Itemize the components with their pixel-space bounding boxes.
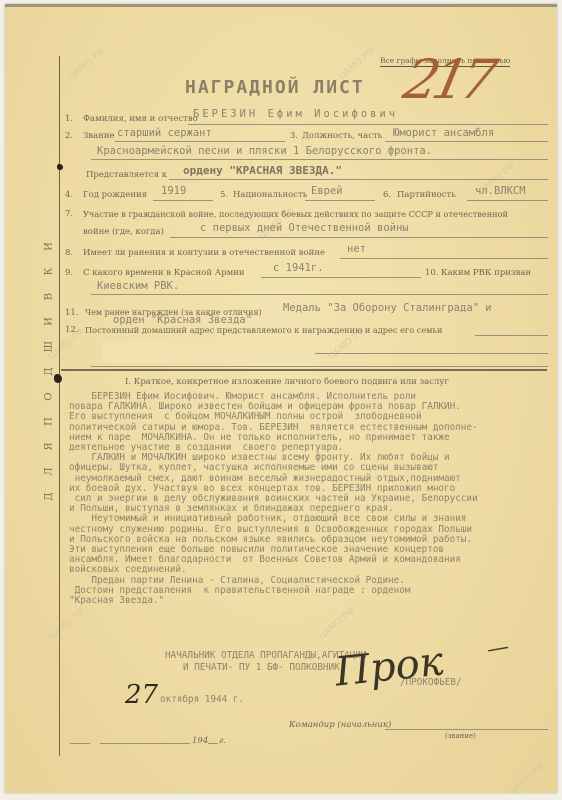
award-sheet-page: ЦАМО РФ ЦАМО РФ ЦАМО РФ ЦАМО РФ ЦАМО РФ … (5, 4, 557, 793)
date-rest: октября 1944 г. (160, 694, 244, 705)
field-6-num: 6. (383, 190, 391, 200)
margin-line (59, 56, 60, 756)
field-1-num: 1. (65, 114, 73, 124)
handwritten-number: 217 (398, 48, 496, 111)
field-3-value: Юморист ансамбля (393, 127, 494, 139)
field-12-label: Постоянный домашний адрес представляемог… (85, 325, 442, 335)
field-7-value: с первых дней Отечественной войны (200, 222, 409, 234)
signer-title-2: И ПЕЧАТИ- ПУ 1 БФ- ПОЛКОВНИК (183, 662, 340, 673)
field-6-value: чл.ВЛКСМ (475, 185, 526, 197)
field-3-label: Должность, часть (302, 131, 382, 141)
field-5-num: 5. (220, 190, 228, 200)
field-2-value: старший сержант (117, 127, 212, 139)
commander-label: Командир (начальник) (289, 720, 391, 730)
presented-value: ордену "КРАСНАЯ ЗВЕЗДА." (183, 164, 342, 177)
field-4-label: Год рождения (83, 190, 147, 200)
field-3-num: 3. (290, 131, 298, 141)
ink-blot (54, 374, 62, 383)
section-heading: I. Краткое, конкретное изложение личного… (125, 377, 449, 387)
footer-year-suffix: г. (219, 736, 226, 746)
merit-description: БЕРЕЗИН Ефим Иосифович. Юморист ансамбля… (69, 392, 549, 606)
field-2-num: 2. (65, 131, 73, 141)
section-divider (61, 369, 547, 371)
field-4-value: 1919 (161, 185, 186, 197)
date-day: 27 (125, 680, 158, 710)
rank-caption: (звание) (445, 732, 476, 740)
field-3-value-cont: Красноармейской песни и пляски 1 Белорус… (97, 145, 432, 157)
field-7-label: Участие в гражданской войне, последующих… (83, 209, 508, 219)
field-9-label: С какого времени в Красной Армии (83, 268, 245, 278)
field-9-value: с 1941г. (273, 262, 324, 274)
watermark: ЦАМО РФ (67, 46, 107, 82)
signature-dash: — (485, 634, 511, 662)
ink-blot (57, 164, 63, 170)
field-8-num: 8. (65, 248, 73, 258)
field-9-num: 9. (65, 268, 73, 278)
watermark: ЦАМО РФ (317, 606, 357, 642)
field-1-label: Фамилия, имя и отчество (83, 114, 198, 124)
document-title: НАГРАДНОЙ ЛИСТ (185, 77, 365, 98)
field-10-label: Каким РВК призван (441, 268, 531, 278)
field-11-value: Медаль "За Оборону Сталинграда" и (283, 302, 492, 314)
field-8-value: нет (347, 243, 366, 255)
redacted-address (101, 341, 321, 363)
field-12-num: 12. (65, 325, 79, 335)
watermark: ЦАМО РФ (47, 606, 87, 642)
field-2-label: Звание (83, 131, 115, 141)
watermark: ЦАМО РФ (507, 761, 547, 793)
footer-year-prefix: 194 (192, 736, 208, 746)
field-7-num: 7. (65, 209, 73, 219)
field-11-num: 11. (65, 308, 79, 318)
field-4-num: 4. (65, 190, 73, 200)
presented-label: Представляется к (86, 170, 167, 180)
scan-edge (5, 4, 557, 7)
field-10-value: Киевским РВК. (97, 280, 179, 292)
field-10-num: 10. (425, 268, 439, 278)
field-7-label-cont: войне (где, когда) (83, 227, 164, 237)
field-5-value: Еврей (311, 185, 343, 197)
field-1-value: БЕРЕЗИН Ефим Иосифович (193, 108, 398, 120)
field-5-label: Национальность (233, 190, 307, 200)
field-6-label: Партийность (397, 190, 456, 200)
margin-binding-label: ИКВИШДОПЯЛД (42, 234, 56, 509)
field-8-label: Имеет ли ранения и контузии в отечествен… (83, 248, 325, 258)
